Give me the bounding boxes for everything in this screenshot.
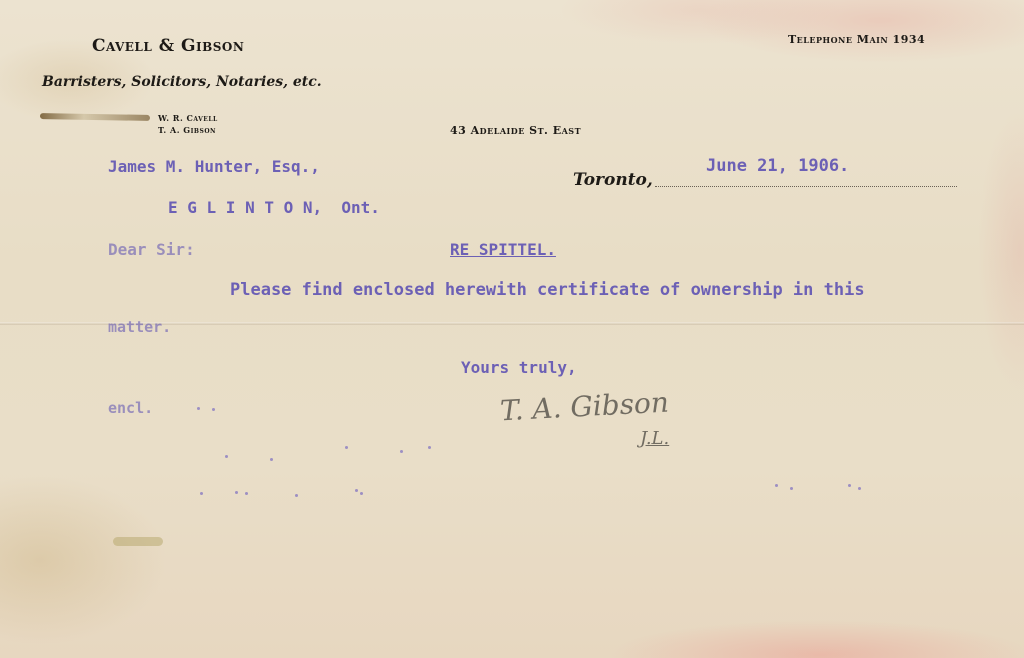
signature-initials: J.L. — [640, 428, 669, 449]
enclosure-note: encl. — [108, 399, 153, 417]
date-dotted-line — [655, 186, 957, 187]
ink-speck — [790, 487, 793, 490]
ink-speck — [270, 458, 273, 461]
ink-speck — [245, 492, 248, 495]
ink-speck — [345, 446, 348, 449]
body-line-1: Please find enclosed herewith certificat… — [230, 280, 865, 300]
firm-name: Cavell & Gibson — [92, 36, 244, 56]
ink-speck — [235, 491, 238, 494]
ink-speck — [197, 407, 200, 410]
closing: Yours truly, — [461, 358, 577, 377]
ink-speck — [848, 484, 851, 487]
body-line-2: matter. — [108, 318, 171, 336]
partner-name-2: T. A. Gibson — [158, 125, 216, 135]
paper-stain — [113, 537, 163, 546]
partner-name-1: W. R. Cavell — [158, 113, 218, 123]
city-label: Toronto, — [573, 170, 653, 190]
ink-speck — [400, 450, 403, 453]
letter-date: June 21, 1906. — [706, 156, 849, 176]
ink-speck — [360, 492, 363, 495]
recipient-name: James M. Hunter, Esq., — [108, 157, 320, 176]
ink-speck — [212, 408, 215, 411]
ink-speck — [428, 446, 431, 449]
recipient-location: E G L I N T O N, Ont. — [168, 198, 380, 217]
salutation: Dear Sir: — [108, 240, 195, 259]
ink-speck — [775, 484, 778, 487]
ink-speck — [295, 494, 298, 497]
ink-speck — [200, 492, 203, 495]
telephone-number: Telephone Main 1934 — [788, 33, 925, 46]
subject-line: RE SPITTEL. — [450, 240, 556, 259]
ink-speck — [858, 487, 861, 490]
ink-speck — [355, 489, 358, 492]
firm-address: 43 Adelaide St. East — [450, 124, 581, 137]
ink-speck — [225, 455, 228, 458]
firm-tagline: Barristers, Solicitors, Notaries, etc. — [42, 74, 322, 90]
